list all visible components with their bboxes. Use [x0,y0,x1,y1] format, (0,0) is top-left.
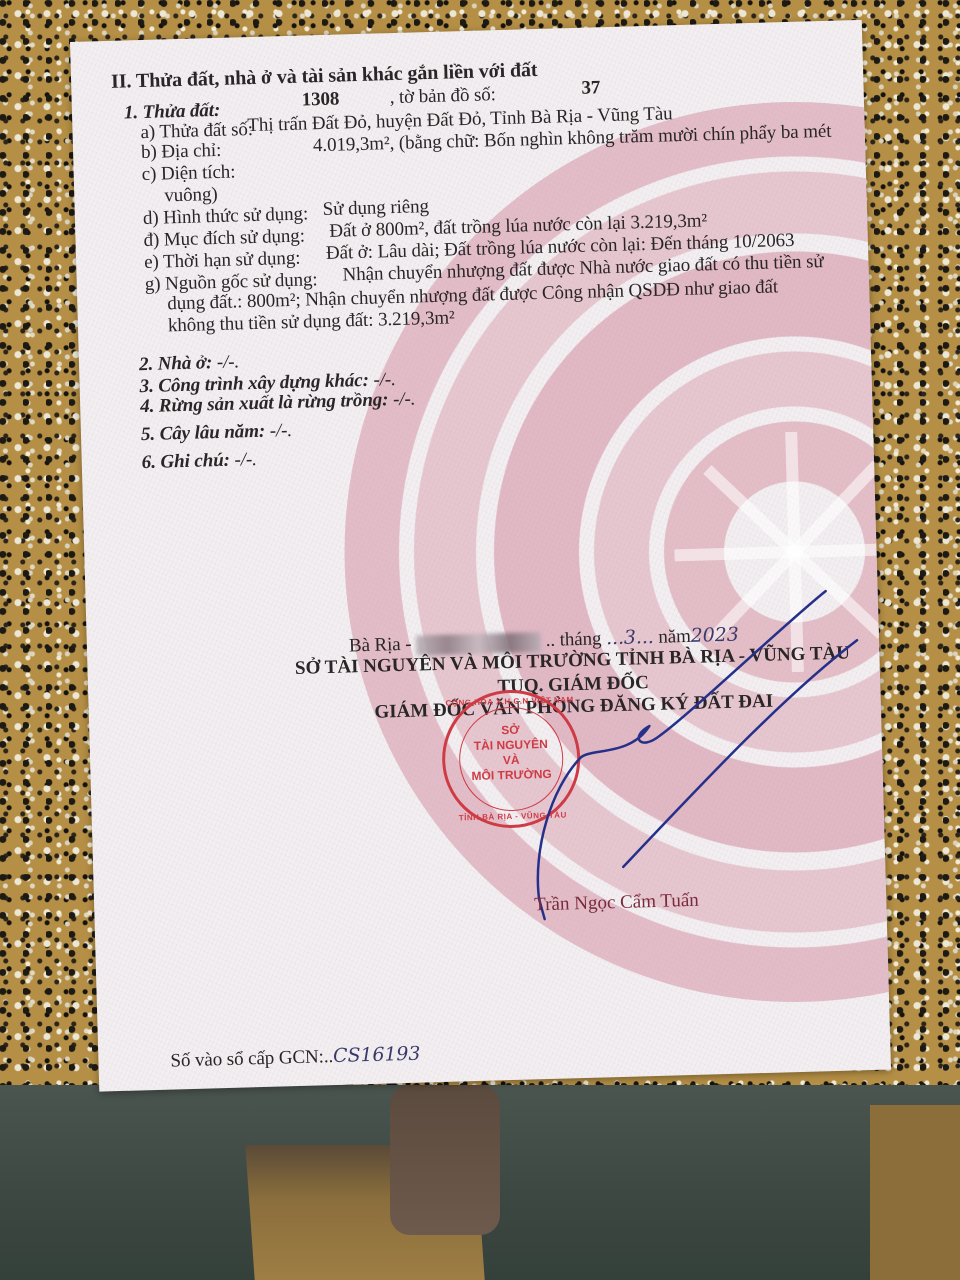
address-label: b) Địa chỉ: [141,140,222,164]
map-sheet-number: 37 [581,77,600,100]
place-prefix: Bà Rịa - [349,634,412,657]
signer-name: Trần Ngọc Cẩm Tuấn [534,890,699,917]
registry-number-line: Số vào sổ cấp GCN:..CS16193 [170,1043,421,1073]
lap-background [0,1085,960,1280]
item-value: -/-. [393,389,416,411]
item-house: 2. Nhà ở: -/-. [139,351,240,376]
item-perennial-trees: 5. Cây lâu năm: -/-. [141,420,293,446]
item-label: 5. Cây lâu năm: [141,421,266,445]
item-value: -/-. [217,351,240,373]
knee [390,1085,500,1235]
item-label: 2. Nhà ở: [139,352,213,375]
surface-edge [870,1105,960,1280]
area-value-cont: vuông) [164,184,218,207]
item-label: 6. Ghi chú: [141,450,230,473]
map-sheet-label: , tờ bản đồ số: [389,84,496,109]
land-certificate-page: II. Thửa đất, nhà ở và tài sản khác gắn … [70,20,891,1092]
registry-label: Số vào sổ cấp GCN: [170,1046,324,1071]
handwritten-signature [485,580,874,930]
item-value: -/-. [269,420,292,442]
item-notes: 6. Ghi chú: -/-. [141,449,257,474]
usage-form-value: Sử dụng riêng [322,196,429,221]
item-value: -/-. [234,449,257,471]
area-label: c) Diện tích: [141,161,235,186]
registry-value: CS16193 [333,1043,421,1067]
item-value: -/-. [373,369,396,391]
plot-number: 1308 [301,89,339,112]
